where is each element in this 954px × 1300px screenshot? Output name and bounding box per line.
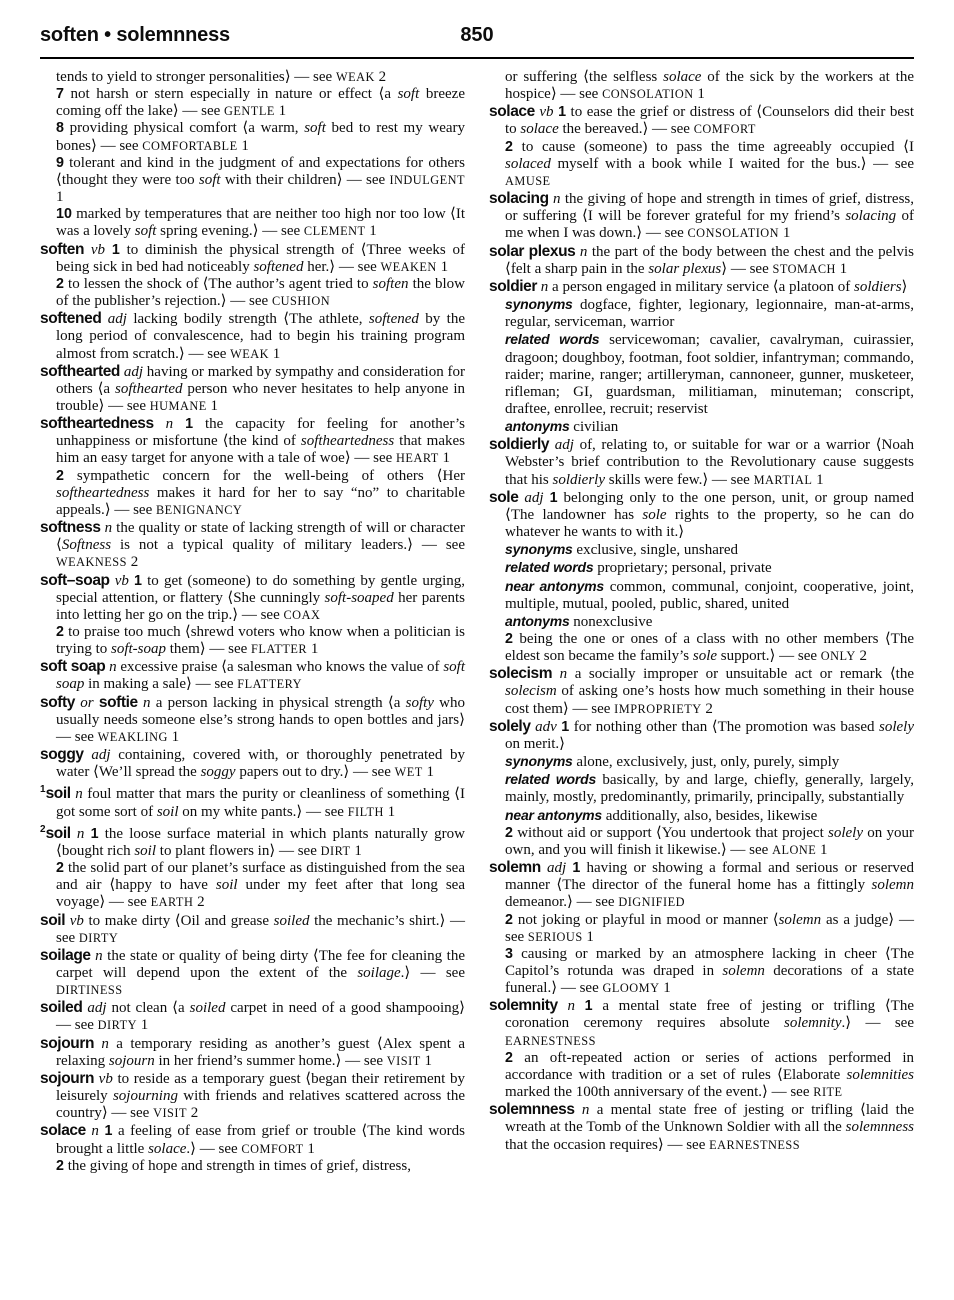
dictionary-entry: solace vb 1 to ease the grief or distres…	[489, 103, 914, 138]
example-word: solemn	[872, 877, 915, 893]
example-word: soft-soap	[111, 641, 166, 657]
headword: solar plexus	[489, 243, 575, 260]
headword: solely	[489, 718, 531, 735]
sense-number: 2	[56, 1158, 64, 1174]
headword: soften	[40, 241, 84, 258]
sense-paragraph: 2 being the one or ones of a class with …	[489, 631, 914, 665]
headword: sojourn	[40, 1070, 94, 1087]
field-label: synonyms	[505, 296, 573, 312]
sense-number: 2	[56, 468, 64, 484]
sense-number: 2	[56, 624, 64, 640]
dictionary-entry: sojourn n a temporary residing as anothe…	[40, 1035, 465, 1070]
part-of-speech: n	[91, 948, 108, 964]
headword: soft soap	[40, 658, 105, 675]
cross-reference: WEAKNESS	[56, 555, 127, 569]
headword: sojourn	[40, 1035, 94, 1052]
cross-reference: RITE	[813, 1085, 842, 1099]
sense-number: 2	[505, 631, 513, 647]
cross-reference: GENTLE	[224, 104, 275, 118]
sense-paragraph: 7 not harsh or stern especially in natur…	[40, 86, 465, 120]
example-word: solemn	[779, 912, 822, 928]
column-right: or suffering ⟨the selfless solace of the…	[489, 69, 914, 1175]
example-word: softened	[369, 311, 419, 327]
example-word: soldiers	[854, 279, 902, 295]
cross-reference: HUMANE	[150, 399, 207, 413]
dictionary-entry: soiled adj not clean ⟨a soiled carpet in…	[40, 999, 465, 1034]
cross-reference: SERIOUS	[528, 930, 583, 944]
example-word: sole	[642, 507, 666, 523]
dictionary-page: soften • solemnness 850 tends to yield t…	[0, 0, 954, 1300]
sense-number: 2	[56, 276, 64, 292]
cross-reference: CLEMENT	[304, 224, 366, 238]
example-word: solaced	[505, 156, 551, 172]
cross-reference: COMFORTABLE	[142, 139, 237, 153]
example-word: solely	[828, 825, 863, 841]
page-number: 850	[40, 24, 914, 47]
headword: soggy	[40, 746, 84, 763]
cross-reference: FILTH	[348, 805, 384, 819]
sense-paragraph: 2 the giving of hope and strength in tim…	[40, 1158, 465, 1175]
example-word: soil	[134, 843, 156, 859]
example-word: solemn	[722, 963, 765, 979]
dictionary-entry: solace n 1 a feeling of ease from grief …	[40, 1122, 465, 1157]
part-of-speech: n	[575, 244, 591, 260]
part-of-speech: vb	[65, 913, 88, 929]
label-paragraph: antonyms nonexclusive	[489, 613, 914, 631]
example-word: soiled	[274, 913, 310, 929]
field-label: near antonyms	[505, 807, 602, 823]
cross-reference: COAX	[283, 608, 320, 622]
cross-reference: EARNESTNESS	[505, 1034, 596, 1048]
headword: soilage	[40, 947, 91, 964]
cross-reference: DIRTINESS	[56, 983, 123, 997]
sense-number: 8	[56, 120, 64, 136]
cross-reference: WEAK	[336, 70, 375, 84]
headword: solemnness	[489, 1101, 575, 1118]
sense-number: 2	[505, 1050, 513, 1066]
cross-reference: MARTIAL	[754, 473, 813, 487]
sense-paragraph: 2 to lessen the shock of ⟨The author’s a…	[40, 276, 465, 310]
part-of-speech: adj	[120, 364, 147, 380]
example-word: softy	[406, 695, 434, 711]
text-columns: tends to yield to stronger personalities…	[40, 69, 914, 1175]
cross-reference: DIGNIFIED	[618, 895, 685, 909]
cross-reference: DIRTY	[79, 931, 118, 945]
cross-reference: WET	[395, 765, 423, 779]
headword: soldierly	[489, 436, 549, 453]
example-word: soiled	[190, 1000, 226, 1016]
sense-number: 1	[558, 104, 566, 120]
dictionary-entry: solemnness n a mental state free of jest…	[489, 1101, 914, 1153]
dictionary-entry: solemn adj 1 having or showing a formal …	[489, 859, 914, 911]
sense-paragraph: 2 sympathetic concern for the well-being…	[40, 468, 465, 519]
dictionary-entry: soften vb 1 to diminish the physical str…	[40, 241, 465, 276]
label-paragraph: near antonyms additionally, also, beside…	[489, 807, 914, 825]
headword: soil	[46, 785, 71, 802]
example-word: sole	[693, 648, 717, 664]
part-of-speech: adj	[518, 490, 549, 506]
example-word: soil	[157, 804, 179, 820]
header-rule	[40, 57, 914, 59]
sense-paragraph: 2 without aid or support ⟨You undertook …	[489, 825, 914, 859]
field-label: synonyms	[505, 753, 573, 769]
part-of-speech: n	[138, 695, 156, 711]
label-paragraph: synonyms exclusive, single, unshared	[489, 541, 914, 559]
example-word: softened	[253, 259, 303, 275]
example-word: soft	[304, 120, 326, 136]
example-word: solely	[879, 719, 914, 735]
dictionary-entry: softy or softie n a person lacking in ph…	[40, 694, 465, 746]
field-label: antonyms	[505, 613, 570, 629]
dictionary-entry: soft soap n excessive praise ⟨a salesman…	[40, 658, 465, 693]
sense-paragraph: 3 causing or marked by an atmosphere lac…	[489, 946, 914, 997]
headword: softness	[40, 519, 101, 536]
cross-reference: ALONE	[772, 843, 816, 857]
sense-number: 7	[56, 86, 64, 102]
cross-reference: CONSOLATION	[687, 226, 779, 240]
example-word: Softness	[62, 537, 111, 553]
cross-reference: VISIT	[387, 1054, 421, 1068]
example-word: soft	[199, 172, 221, 188]
dictionary-entry: soldierly adj of, relating to, or suitab…	[489, 436, 914, 488]
part-of-speech: n	[105, 659, 120, 675]
headword: solace	[40, 1122, 86, 1139]
headword: soiled	[40, 999, 82, 1016]
sense-number: 1	[585, 998, 593, 1014]
cross-reference: GLOOMY	[602, 981, 659, 995]
dictionary-entry: solely adv 1 for nothing other than ⟨The…	[489, 718, 914, 753]
field-label: related words	[505, 771, 596, 787]
sense-paragraph: 2 an oft-repeated action or series of ac…	[489, 1050, 914, 1101]
headword: soil	[46, 825, 71, 842]
continuation-paragraph: or suffering ⟨the selfless solace of the…	[489, 69, 914, 103]
headword: solecism	[489, 665, 552, 682]
example-word: soil	[216, 877, 238, 893]
label-paragraph: antonyms civilian	[489, 418, 914, 436]
dictionary-entry: soldier n a person engaged in military s…	[489, 278, 914, 296]
sense-number: 2	[505, 139, 513, 155]
sense-number: 1	[561, 719, 569, 735]
cross-reference: STOMACH	[773, 262, 836, 276]
example-word: sojourning	[113, 1088, 178, 1104]
label-paragraph: synonyms dogface, fighter, legionary, le…	[489, 296, 914, 331]
example-word: soggy	[201, 764, 236, 780]
example-word: soldierly	[553, 472, 606, 488]
sense-number: 10	[56, 206, 72, 222]
headword: softy	[40, 694, 75, 711]
example-word: soft	[135, 223, 157, 239]
headword: solemnity	[489, 997, 558, 1014]
part-of-speech: n	[575, 1102, 597, 1118]
example-word: solemnness	[846, 1119, 914, 1135]
cross-reference: COMFORT	[241, 1142, 303, 1156]
example-word: soften	[373, 276, 409, 292]
example-word: solecism	[505, 683, 557, 699]
part-of-speech: n	[94, 1036, 116, 1052]
cross-reference: WEAK	[230, 347, 269, 361]
example-word: soft	[398, 86, 420, 102]
sense-paragraph: 2 to praise too much ⟨shrewd voters who …	[40, 624, 465, 658]
label-paragraph: related words proprietary; personal, pri…	[489, 559, 914, 577]
dictionary-entry: 2soil n 1 the loose surface material in …	[40, 821, 465, 860]
sense-paragraph: 8 providing physical comfort ⟨a warm, so…	[40, 120, 465, 154]
sense-number: 1	[185, 416, 193, 432]
sense-number: 2	[505, 912, 513, 928]
field-label: near antonyms	[505, 578, 604, 594]
headword: soft–soap	[40, 572, 110, 589]
sense-paragraph: 9 tolerant and kind in the judgment of a…	[40, 155, 465, 206]
part-of-speech: adj	[84, 747, 119, 763]
cross-reference: VISIT	[153, 1106, 187, 1120]
field-label: related words	[505, 331, 599, 347]
part-of-speech: n	[101, 520, 117, 536]
sense-paragraph: 2 not joking or playful in mood or manne…	[489, 912, 914, 946]
example-word: soilage	[357, 965, 400, 981]
example-word: solace	[663, 69, 701, 85]
cross-reference: EARTH	[151, 895, 194, 909]
cross-reference: CONSOLATION	[602, 87, 694, 101]
example-word: solace	[148, 1141, 186, 1157]
cross-reference: DIRT	[321, 844, 351, 858]
dictionary-entry: solecism n a socially improper or unsuit…	[489, 665, 914, 717]
cross-reference: HEART	[396, 451, 439, 465]
part-of-speech: n	[537, 279, 552, 295]
dictionary-entry: softheartedness n 1 the capacity for fee…	[40, 415, 465, 467]
example-word: solacing	[845, 208, 896, 224]
dictionary-entry: solar plexus n the part of the body betw…	[489, 243, 914, 278]
sense-number: 1	[572, 860, 580, 876]
part-of-speech: vb	[110, 573, 134, 589]
field-label: synonyms	[505, 541, 573, 557]
page-header: soften • solemnness 850	[40, 24, 914, 50]
label-paragraph: synonyms alone, exclusively, just, only,…	[489, 753, 914, 771]
part-of-speech: n	[71, 786, 88, 802]
cross-reference: IMPROPRIETY	[614, 702, 702, 716]
sense-paragraph: 2 the solid part of our planet’s surface…	[40, 860, 465, 911]
dictionary-entry: soilage n the state or quality of being …	[40, 947, 465, 999]
cross-reference: EARNESTNESS	[709, 1138, 800, 1152]
label-paragraph: related words basically, by and large, c…	[489, 771, 914, 806]
dictionary-entry: sole adj 1 belonging only to the one per…	[489, 489, 914, 541]
headword: sole	[489, 489, 518, 506]
sense-number: 3	[505, 946, 513, 962]
sense-number: 1	[91, 826, 99, 842]
part-of-speech: or	[75, 695, 99, 711]
headword: soldier	[489, 278, 537, 295]
cross-reference: INDULGENT	[389, 173, 465, 187]
part-of-speech: adv	[531, 719, 562, 735]
dictionary-entry: sojourn vb to reside as a temporary gues…	[40, 1070, 465, 1122]
example-word: solace	[520, 121, 558, 137]
example-word: softheartedness	[301, 433, 394, 449]
example-word: soft-soaped	[325, 590, 394, 606]
cross-reference: BENIGNANCY	[156, 503, 242, 517]
dictionary-entry: softened adj lacking bodily strength ⟨Th…	[40, 310, 465, 362]
cross-reference: WEAKLING	[98, 730, 168, 744]
sense-number: 1	[112, 242, 120, 258]
headword: softie	[99, 694, 138, 711]
example-word: softheartedness	[56, 485, 149, 501]
example-word: solemnity	[784, 1015, 842, 1031]
sense-number: 1	[550, 490, 558, 506]
label-paragraph: near antonyms common, communal, conjoint…	[489, 578, 914, 613]
dictionary-entry: 1soil n foul matter that mars the purity…	[40, 781, 465, 820]
part-of-speech: adj	[549, 437, 579, 453]
headword: solace	[489, 103, 535, 120]
cross-reference: AMUSE	[505, 174, 551, 188]
example-word: sojourn	[109, 1053, 155, 1069]
cross-reference: CUSHION	[272, 294, 330, 308]
part-of-speech: n	[558, 998, 585, 1014]
cross-reference: ONLY	[821, 649, 856, 663]
cross-reference: WEAKEN	[381, 260, 437, 274]
cross-reference: DIRTY	[98, 1018, 137, 1032]
sense-paragraph: 10 marked by temperatures that are neith…	[40, 206, 465, 240]
part-of-speech: adj	[101, 311, 133, 327]
sense-number: 2	[56, 860, 64, 876]
part-of-speech: vb	[94, 1071, 117, 1087]
part-of-speech: vb	[84, 242, 112, 258]
part-of-speech: adj	[541, 860, 573, 876]
dictionary-entry: solemnity n 1 a mental state free of jes…	[489, 997, 914, 1049]
dictionary-entry: soft–soap vb 1 to get (someone) to do so…	[40, 572, 465, 624]
cross-reference: FLATTER	[251, 642, 307, 656]
sense-number: 1	[134, 573, 142, 589]
part-of-speech: n	[154, 416, 185, 432]
example-word: softhearted	[115, 381, 183, 397]
sense-number: 1	[104, 1123, 112, 1139]
cross-reference: FLATTERY	[237, 677, 302, 691]
part-of-speech: n	[86, 1123, 105, 1139]
dictionary-entry: solacing n the giving of hope and streng…	[489, 190, 914, 242]
part-of-speech: adj	[82, 1000, 111, 1016]
dictionary-entry: softhearted adj having or marked by symp…	[40, 363, 465, 415]
example-word: solar plexus	[648, 261, 721, 277]
part-of-speech: n	[71, 826, 91, 842]
label-paragraph: related words servicewoman; cavalier, ca…	[489, 331, 914, 418]
dictionary-entry: softness n the quality or state of lacki…	[40, 519, 465, 571]
example-word: solemnities	[847, 1067, 915, 1083]
headword: solemn	[489, 859, 541, 876]
headword: softheartedness	[40, 415, 154, 432]
sense-paragraph: 2 to cause (someone) to pass the time ag…	[489, 139, 914, 190]
part-of-speech: vb	[535, 104, 558, 120]
headword: softened	[40, 310, 101, 327]
continuation-paragraph: tends to yield to stronger personalities…	[40, 69, 465, 86]
part-of-speech: n	[552, 666, 575, 682]
cross-reference: COMFORT	[694, 122, 756, 136]
sense-number: 9	[56, 155, 64, 171]
dictionary-entry: soggy adj containing, covered with, or t…	[40, 746, 465, 781]
column-left: tends to yield to stronger personalities…	[40, 69, 465, 1175]
field-label: related words	[505, 559, 593, 575]
field-label: antonyms	[505, 418, 570, 434]
headword: softhearted	[40, 363, 120, 380]
part-of-speech: n	[549, 191, 565, 207]
headword: soil	[40, 912, 65, 929]
headword: solacing	[489, 190, 549, 207]
dictionary-entry: soil vb to make dirty ⟨Oil and grease so…	[40, 912, 465, 947]
sense-number: 2	[505, 825, 513, 841]
